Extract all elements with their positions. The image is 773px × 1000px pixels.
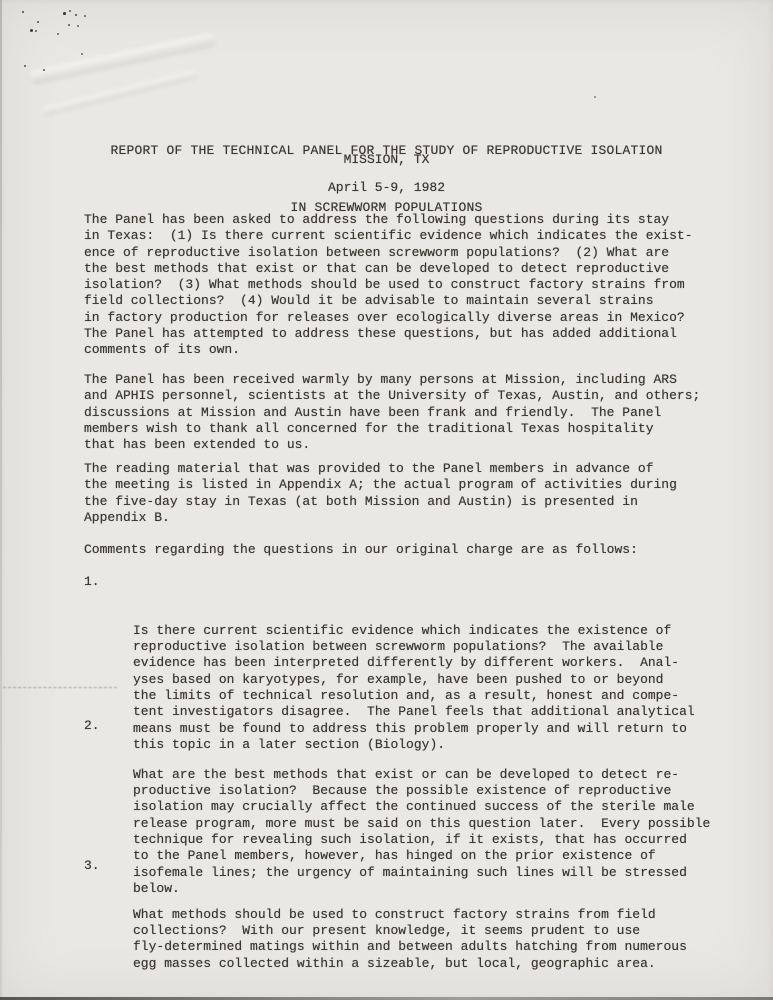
paragraph-intro: The Panel has been asked to address the … xyxy=(84,212,693,359)
ink-speck-artifact xyxy=(43,69,45,71)
ink-speck-artifact xyxy=(77,25,79,27)
item-number: 2. xyxy=(84,718,100,734)
ink-speck-artifact xyxy=(37,21,39,23)
ink-speck-artifact xyxy=(69,10,71,12)
ink-speck-artifact xyxy=(594,96,596,98)
ink-speck-artifact xyxy=(22,11,24,13)
ink-speck-artifact xyxy=(84,15,86,17)
item-number: 1. xyxy=(84,574,100,590)
ink-speck-artifact xyxy=(63,12,66,15)
ink-speck-artifact xyxy=(35,30,37,32)
item-number: 3. xyxy=(84,858,100,874)
paper-crease-artifact xyxy=(29,32,218,85)
ink-speck-artifact xyxy=(30,29,33,32)
ink-speck-artifact xyxy=(24,65,26,67)
ink-speck-artifact xyxy=(57,33,59,35)
document-date: April 5-9, 1982 xyxy=(0,180,773,196)
ink-speck-artifact xyxy=(75,14,77,16)
numbered-item-3: 3. What methods should be used to constr… xyxy=(84,858,687,1000)
item-text: What methods should be used to construct… xyxy=(133,907,687,972)
ink-speck-artifact xyxy=(81,53,83,55)
scanned-document-page: REPORT OF THE TECHNICAL PANEL FOR THE ST… xyxy=(0,0,773,1000)
scan-edge-left xyxy=(0,0,2,1000)
paragraph-reading-material: The reading material that was provided t… xyxy=(84,461,677,526)
ink-speck-artifact xyxy=(68,24,70,26)
paragraph-welcome: The Panel has been received warmly by ma… xyxy=(84,372,700,453)
paragraph-comments-lead-in: Comments regarding the questions in our … xyxy=(84,542,638,558)
document-location: MISSION, TX xyxy=(0,152,773,168)
